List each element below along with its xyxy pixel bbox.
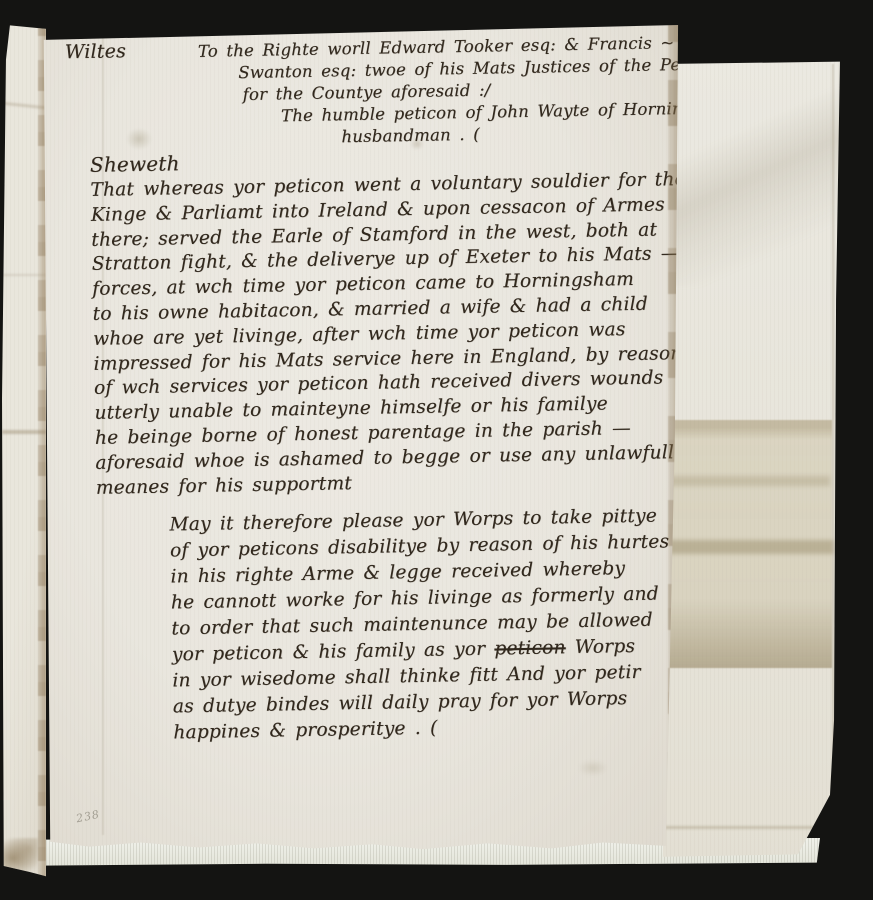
left-page-edge-strip — [2, 22, 46, 878]
handwritten-text-layer: Wiltes To the Righte worll Edward Tooker… — [30, 14, 687, 856]
ink-blotch — [2, 838, 38, 872]
damp-stain-streak — [662, 540, 834, 554]
damp-stain-line — [662, 826, 822, 829]
petition-body: That whereas yor peticon went a voluntar… — [90, 168, 691, 501]
petition-heading: To the Righte worll Edward Tooker esq: &… — [198, 31, 740, 151]
conjugate-leaf — [662, 56, 846, 860]
struck-word: peticon — [494, 637, 566, 659]
manuscript-scan: Wiltes To the Righte worll Edward Tooker… — [0, 0, 873, 900]
salutation: Sheweth — [90, 151, 180, 177]
fold-crease — [832, 64, 834, 834]
damp-stain-top — [672, 76, 842, 286]
petition-prayer: May it therefore please yor Worps to tak… — [169, 503, 673, 746]
petition-page: Wiltes To the Righte worll Edward Tooker… — [38, 20, 680, 850]
county-label: Wiltes — [65, 40, 127, 63]
line-segment: yor peticon & his family as yor — [172, 639, 495, 666]
line-segment: Worps — [565, 636, 635, 658]
damp-stain-streak — [662, 476, 830, 486]
